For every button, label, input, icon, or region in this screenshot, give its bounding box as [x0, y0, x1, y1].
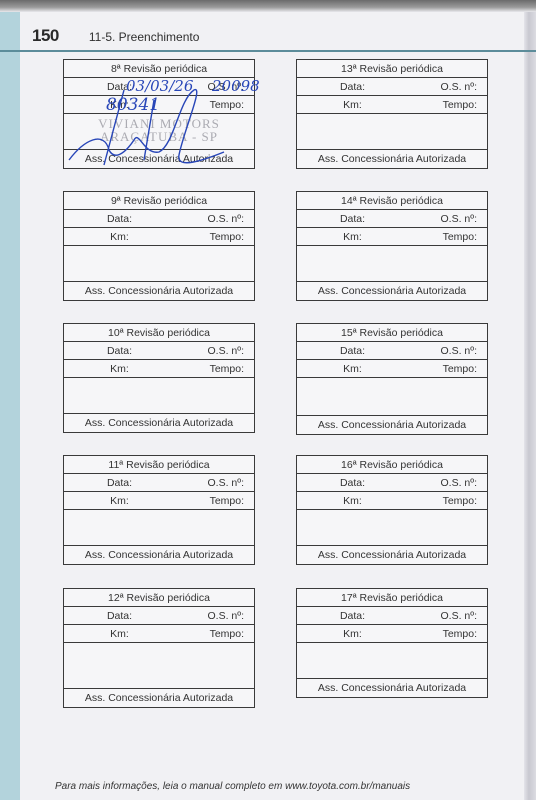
- date-label: Data:: [297, 610, 392, 622]
- km-label: Km:: [297, 628, 392, 640]
- revision-card-12: 12ª Revisão periódica Data: O.S. nº: Km:…: [63, 588, 255, 708]
- footer-note: Para mais informações, leia o manual com…: [55, 781, 410, 792]
- date-label: Data:: [64, 213, 159, 225]
- stamp-area: [64, 510, 254, 546]
- card-title: 13ª Revisão periódica: [297, 60, 487, 78]
- card-title: 17ª Revisão periódica: [297, 589, 487, 607]
- os-label: O.S. nº:: [392, 345, 487, 357]
- date-os-row: Data: O.S. nº:: [64, 474, 254, 492]
- km-label: Km:: [64, 363, 159, 375]
- date-os-row: Data: O.S. nº:: [297, 78, 487, 96]
- revision-card-8: 8ª Revisão periódica Data: O.S. nº: Km: …: [63, 59, 255, 169]
- revision-card-16: 16ª Revisão periódica Data: O.S. nº: Km:…: [296, 455, 488, 565]
- date-os-row: Data: O.S. nº:: [64, 210, 254, 228]
- scan-top-shadow: [0, 0, 536, 12]
- revision-card-9: 9ª Revisão periódica Data: O.S. nº: Km: …: [63, 191, 255, 301]
- os-label: O.S. nº:: [159, 213, 254, 225]
- handwritten-os: 20098: [212, 77, 260, 95]
- signature-label: Ass. Concessionária Autorizada: [64, 282, 254, 300]
- tempo-label: Tempo:: [159, 231, 254, 243]
- tempo-label: Tempo:: [392, 628, 487, 640]
- card-title: 8ª Revisão periódica: [64, 60, 254, 78]
- dealer-stamp: VIVIANI MOTORS ARAÇATUBA - SP: [64, 117, 254, 143]
- section-title: 11-5. Preenchimento: [89, 30, 200, 44]
- stamp-area: [297, 378, 487, 416]
- tempo-label: Tempo:: [392, 231, 487, 243]
- stamp-area: [297, 510, 487, 546]
- revision-card-17: 17ª Revisão periódica Data: O.S. nº: Km:…: [296, 588, 488, 698]
- os-label: O.S. nº:: [159, 345, 254, 357]
- signature-label: Ass. Concessionária Autorizada: [297, 282, 487, 300]
- km-label: Km:: [64, 231, 159, 243]
- tempo-label: Tempo:: [159, 363, 254, 375]
- tempo-label: Tempo:: [159, 99, 254, 111]
- km-tempo-row: Km: Tempo:: [297, 360, 487, 378]
- km-tempo-row: Km: Tempo:: [64, 492, 254, 510]
- date-os-row: Data: O.S. nº:: [297, 474, 487, 492]
- date-label: Data:: [297, 81, 392, 93]
- stamp-area: [297, 114, 487, 150]
- card-title: 10ª Revisão periódica: [64, 324, 254, 342]
- date-label: Data:: [297, 345, 392, 357]
- stamp-area: [297, 643, 487, 679]
- handwritten-date: 03/03/26: [126, 77, 193, 95]
- signature-label: Ass. Concessionária Autorizada: [297, 150, 487, 168]
- stamp-area: [64, 643, 254, 689]
- card-title: 9ª Revisão periódica: [64, 192, 254, 210]
- date-label: Data:: [297, 213, 392, 225]
- card-title: 16ª Revisão periódica: [297, 456, 487, 474]
- km-label: Km:: [64, 495, 159, 507]
- handwritten-km: 80341: [106, 95, 160, 115]
- date-label: Data:: [64, 477, 159, 489]
- signature-label: Ass. Concessionária Autorizada: [64, 414, 254, 432]
- date-os-row: Data: O.S. nº:: [64, 342, 254, 360]
- page-number: 150: [32, 26, 59, 46]
- revision-card-14: 14ª Revisão periódica Data: O.S. nº: Km:…: [296, 191, 488, 301]
- km-tempo-row: Km: Tempo:: [64, 228, 254, 246]
- date-label: Data:: [64, 610, 159, 622]
- stamp-area: [64, 246, 254, 282]
- km-tempo-row: Km: Tempo:: [297, 492, 487, 510]
- os-label: O.S. nº:: [392, 81, 487, 93]
- date-os-row: Data: O.S. nº:: [297, 342, 487, 360]
- date-os-row: Data: O.S. nº:: [297, 210, 487, 228]
- km-label: Km:: [64, 628, 159, 640]
- km-tempo-row: Km: Tempo:: [297, 625, 487, 643]
- revision-card-10: 10ª Revisão periódica Data: O.S. nº: Km:…: [63, 323, 255, 433]
- signature-label: Ass. Concessionária Autorizada: [64, 150, 254, 168]
- revision-card-13: 13ª Revisão periódica Data: O.S. nº: Km:…: [296, 59, 488, 169]
- os-label: O.S. nº:: [392, 477, 487, 489]
- stamp-line-2: ARAÇATUBA - SP: [64, 130, 254, 143]
- km-tempo-row: Km: Tempo:: [64, 360, 254, 378]
- stamp-area: [64, 378, 254, 414]
- card-title: 15ª Revisão periódica: [297, 324, 487, 342]
- tempo-label: Tempo:: [392, 495, 487, 507]
- book-spine-shadow: [524, 12, 536, 800]
- tempo-label: Tempo:: [159, 495, 254, 507]
- tempo-label: Tempo:: [159, 628, 254, 640]
- km-tempo-row: Km: Tempo:: [297, 96, 487, 114]
- date-label: Data:: [297, 477, 392, 489]
- date-os-row: Data: O.S. nº:: [297, 607, 487, 625]
- revision-card-15: 15ª Revisão periódica Data: O.S. nº: Km:…: [296, 323, 488, 435]
- card-title: 12ª Revisão periódica: [64, 589, 254, 607]
- card-title: 14ª Revisão periódica: [297, 192, 487, 210]
- signature-label: Ass. Concessionária Autorizada: [297, 416, 487, 434]
- card-title: 11ª Revisão periódica: [64, 456, 254, 474]
- km-tempo-row: Km: Tempo:: [64, 625, 254, 643]
- revision-card-11: 11ª Revisão periódica Data: O.S. nº: Km:…: [63, 455, 255, 565]
- stamp-area: VIVIANI MOTORS ARAÇATUBA - SP: [64, 114, 254, 150]
- page-side-color-strip: [0, 12, 20, 800]
- km-tempo-row: Km: Tempo:: [297, 228, 487, 246]
- signature-label: Ass. Concessionária Autorizada: [64, 546, 254, 564]
- page-header: 150 11-5. Preenchimento: [32, 26, 199, 48]
- os-label: O.S. nº:: [159, 610, 254, 622]
- os-label: O.S. nº:: [392, 610, 487, 622]
- km-label: Km:: [297, 99, 392, 111]
- date-os-row: Data: O.S. nº:: [64, 607, 254, 625]
- date-label: Data:: [64, 345, 159, 357]
- signature-label: Ass. Concessionária Autorizada: [64, 689, 254, 707]
- os-label: O.S. nº:: [392, 213, 487, 225]
- tempo-label: Tempo:: [392, 99, 487, 111]
- signature-label: Ass. Concessionária Autorizada: [297, 546, 487, 564]
- km-label: Km:: [297, 231, 392, 243]
- header-divider: [0, 50, 536, 52]
- stamp-area: [297, 246, 487, 282]
- signature-label: Ass. Concessionária Autorizada: [297, 679, 487, 697]
- tempo-label: Tempo:: [392, 363, 487, 375]
- os-label: O.S. nº:: [159, 477, 254, 489]
- km-label: Km:: [297, 363, 392, 375]
- km-label: Km:: [297, 495, 392, 507]
